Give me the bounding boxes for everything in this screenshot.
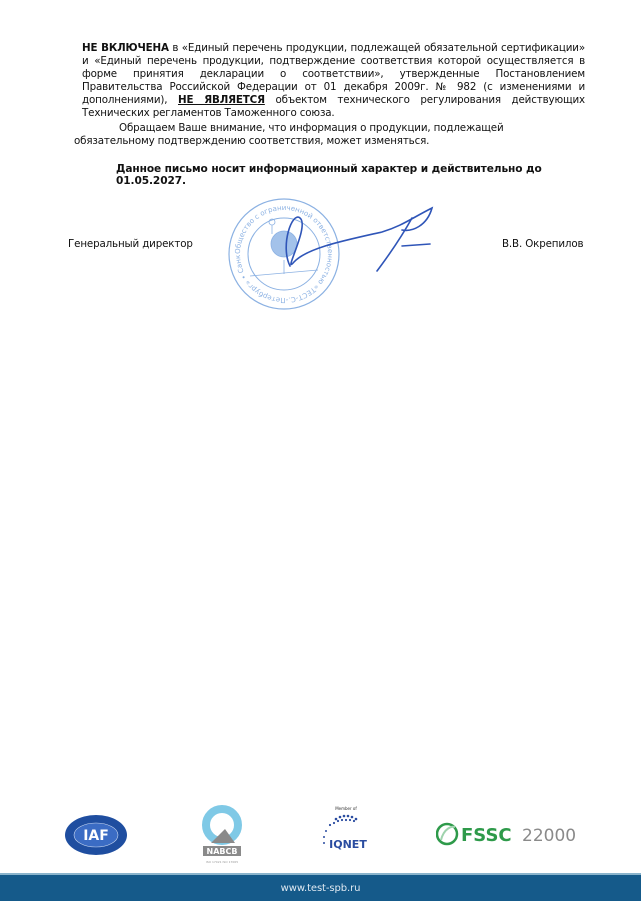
not-included-bold: НЕ ВКЛЮЧЕНА bbox=[82, 42, 169, 54]
svg-text:IQNET: IQNET bbox=[329, 838, 367, 851]
svg-text:ISO 17021 ISO 17065: ISO 17021 ISO 17065 bbox=[206, 860, 238, 864]
letter-page: НЕ ВКЛЮЧЕНА в «Единый перечень продукции… bbox=[0, 0, 641, 901]
paragraph-attention: Обращаем Ваше внимание, что информация о… bbox=[74, 122, 584, 148]
signatory-name: В.В. Окрепилов bbox=[502, 238, 583, 250]
signatory-title: Генеральный директор bbox=[68, 238, 193, 250]
footer-bar: www.test-spb.ru bbox=[0, 873, 641, 901]
website-link[interactable]: www.test-spb.ru bbox=[281, 883, 361, 894]
not-is-bold-underlined: НЕ ЯВЛЯЕТСЯ bbox=[178, 94, 265, 106]
accreditation-logos: IAF NABCB ISO 17021 ISO 17065 Member of … bbox=[0, 800, 641, 870]
validity-notice: Данное письмо носит информационный харак… bbox=[116, 163, 586, 187]
svg-text:Member of: Member of bbox=[335, 806, 357, 811]
paragraph-classification: НЕ ВКЛЮЧЕНА в «Единый перечень продукции… bbox=[82, 42, 585, 119]
iqnet-logo-icon: Member of IQNET bbox=[318, 805, 374, 860]
svg-text:IAF: IAF bbox=[83, 828, 109, 844]
fssc-logo-icon: FSSC 22000 bbox=[436, 820, 581, 848]
nabcb-logo-icon: NABCB ISO 17021 ISO 17065 bbox=[201, 805, 243, 875]
svg-text:FSSC: FSSC bbox=[461, 825, 512, 846]
company-stamp-icon: Общество с ограниченной ответственностью… bbox=[222, 196, 339, 309]
svg-text:22000: 22000 bbox=[522, 826, 576, 846]
iaf-logo-icon: IAF bbox=[64, 814, 128, 856]
stamp-and-signature: Общество с ограниченной ответственностью… bbox=[222, 196, 452, 311]
svg-text:NABCB: NABCB bbox=[207, 847, 238, 856]
